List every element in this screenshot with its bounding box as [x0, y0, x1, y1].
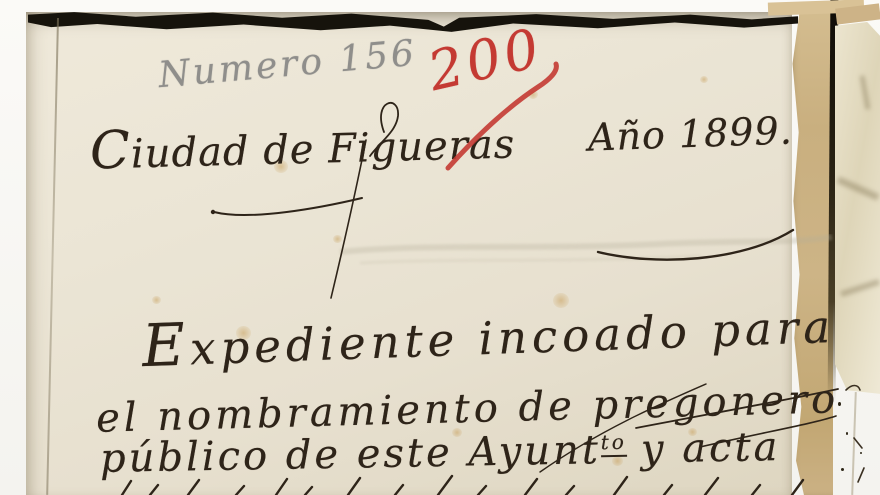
body-line-3-text: público de este Ayunt	[100, 427, 602, 482]
title-year: Año 1899.	[587, 108, 793, 159]
ayuntamiento-superscript: to	[601, 430, 628, 457]
manuscript-scan: Numero 156 200 Ciudad de Figueras Año 18…	[0, 0, 880, 495]
stain-spot	[700, 76, 708, 83]
body-line-3-end: y acta	[641, 424, 781, 472]
edge-speck	[860, 452, 862, 454]
edge-speck	[841, 468, 844, 471]
title-place: Ciudad de Figueras	[89, 110, 516, 181]
stain-spot	[528, 90, 538, 99]
crumpled-back-page	[835, 22, 880, 394]
page-edge-line	[851, 392, 857, 495]
edge-speck	[846, 432, 848, 435]
stain-spot	[333, 235, 342, 243]
stain-spot	[152, 296, 161, 304]
